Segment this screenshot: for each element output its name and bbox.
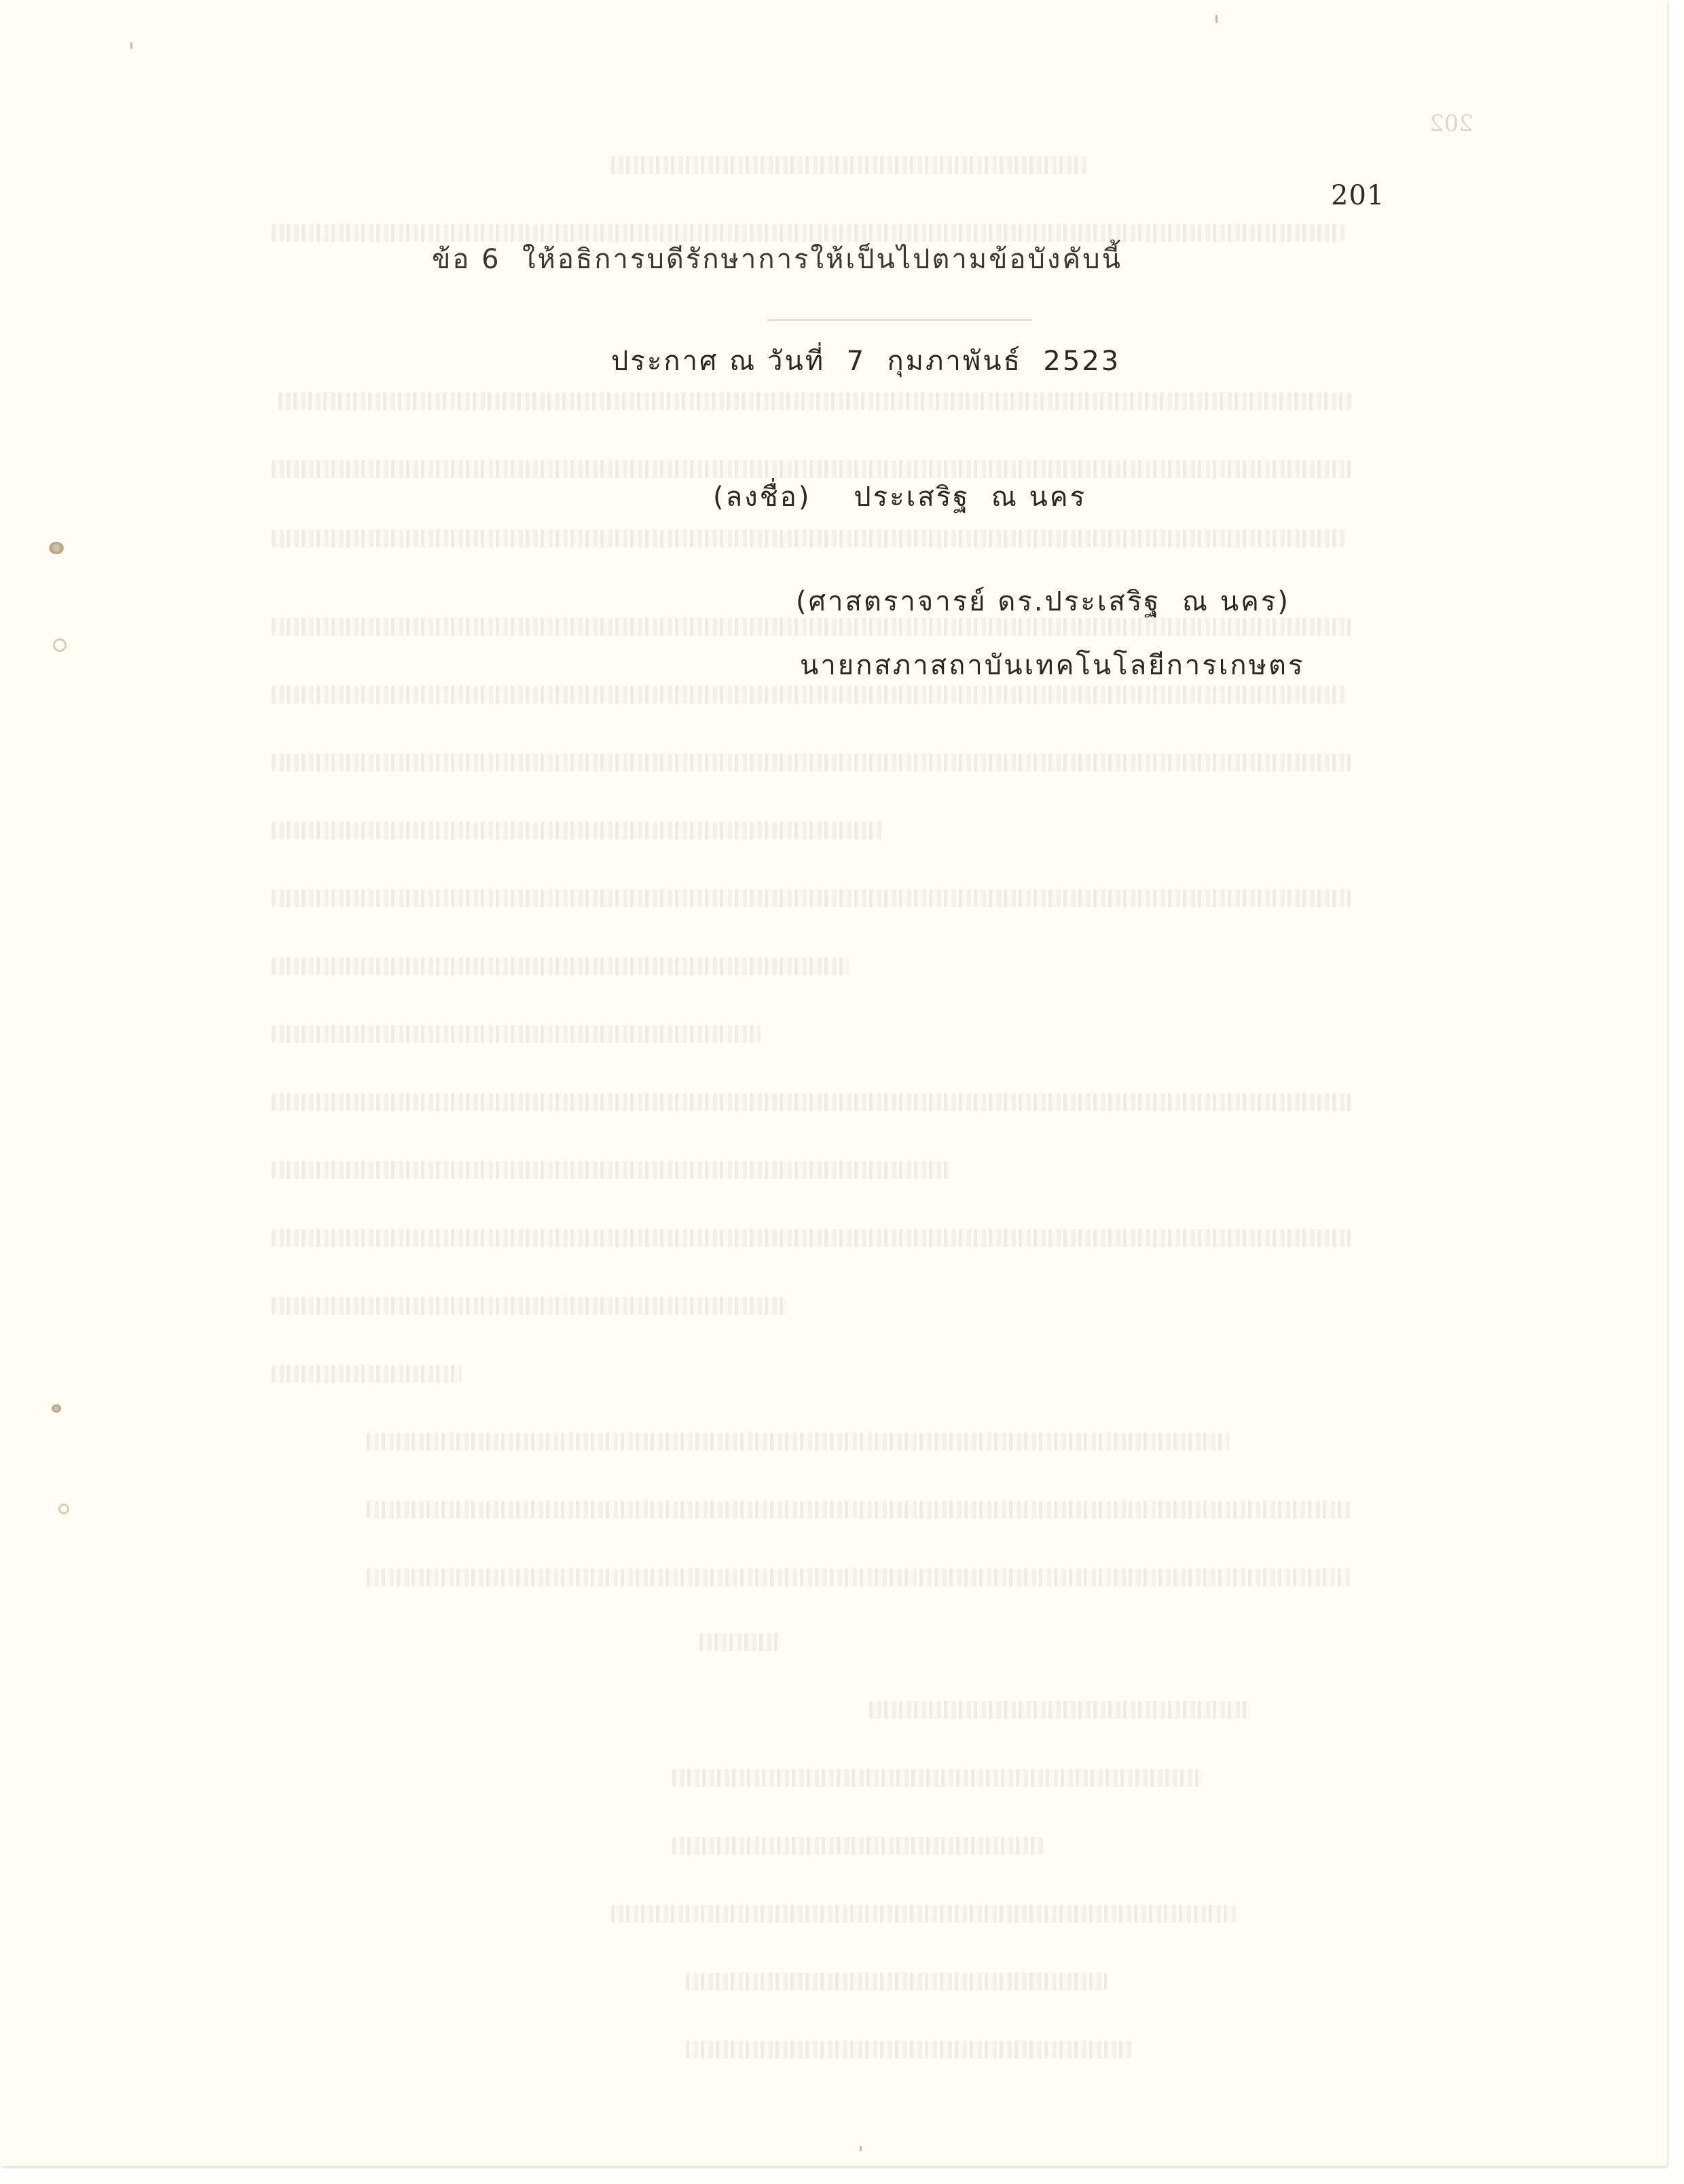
bleed-through-line [672,1769,1202,1787]
rust-spot [52,1404,61,1413]
bleed-through-line [611,156,1086,174]
bleed-through-line [672,1837,1046,1855]
clause-6-text: ข้อ 6 ให้อธิการบดีรักษาการให้เป็นไปตามข้… [432,246,1122,273]
bleed-through-line [272,1365,462,1383]
bleed-through-line [272,686,1344,704]
bleed-through-line [272,1297,788,1315]
bleed-through-rule [767,319,1032,321]
bleed-through-line [272,1093,1351,1111]
signatory-full-name: (ศาสตราจารย์ ดร.ประเสริฐ ณ นคร) [796,588,1290,615]
bleed-through-line [272,890,1351,907]
bleed-through-line [272,1025,761,1043]
bleed-through-line [367,1501,1351,1518]
bleed-through-line [272,958,849,975]
bleed-through-line [869,1701,1249,1719]
bleed-through-line [272,224,1344,242]
signature-line: (ลงชื่อ) ประเสริฐ ณ นคร [713,484,1086,511]
bleed-through-line [686,2041,1134,2058]
punch-mark [58,1504,69,1514]
paper-speck [860,2146,862,2151]
document-page: 202 201 ข้อ 6 ให้อธิการบดีรักษาการให้เป็… [0,0,1667,2166]
bleed-through-line [686,1973,1107,1990]
announcement-date: ประกาศ ณ วันที่ 7 กุมภาพันธ์ 2523 [611,348,1120,375]
bleed-through-line [272,822,883,839]
paper-speck [1215,15,1218,23]
bleed-through-line [272,530,1344,547]
paper-speck [130,42,132,49]
bleed-through-line [272,618,1351,636]
page-number: 201 [1331,182,1385,209]
bleed-through-line [272,1229,1351,1247]
bleed-through-line [272,460,1351,478]
bleed-through-line [278,393,1351,410]
bleed-through-line [611,1905,1236,1923]
bleed-through-line [272,754,1351,771]
bleed-through-line [272,1161,951,1179]
bleed-through-line [699,1633,781,1651]
bleed-through-line [367,1569,1351,1586]
signatory-position: นายกสภาสถาบันเทคโนโลยีการเกษตร [800,652,1304,679]
rust-spot [49,542,64,554]
punch-mark [53,638,67,652]
bleed-through-line [367,1433,1229,1451]
bleed-through-page-number: 202 [1429,110,1473,137]
